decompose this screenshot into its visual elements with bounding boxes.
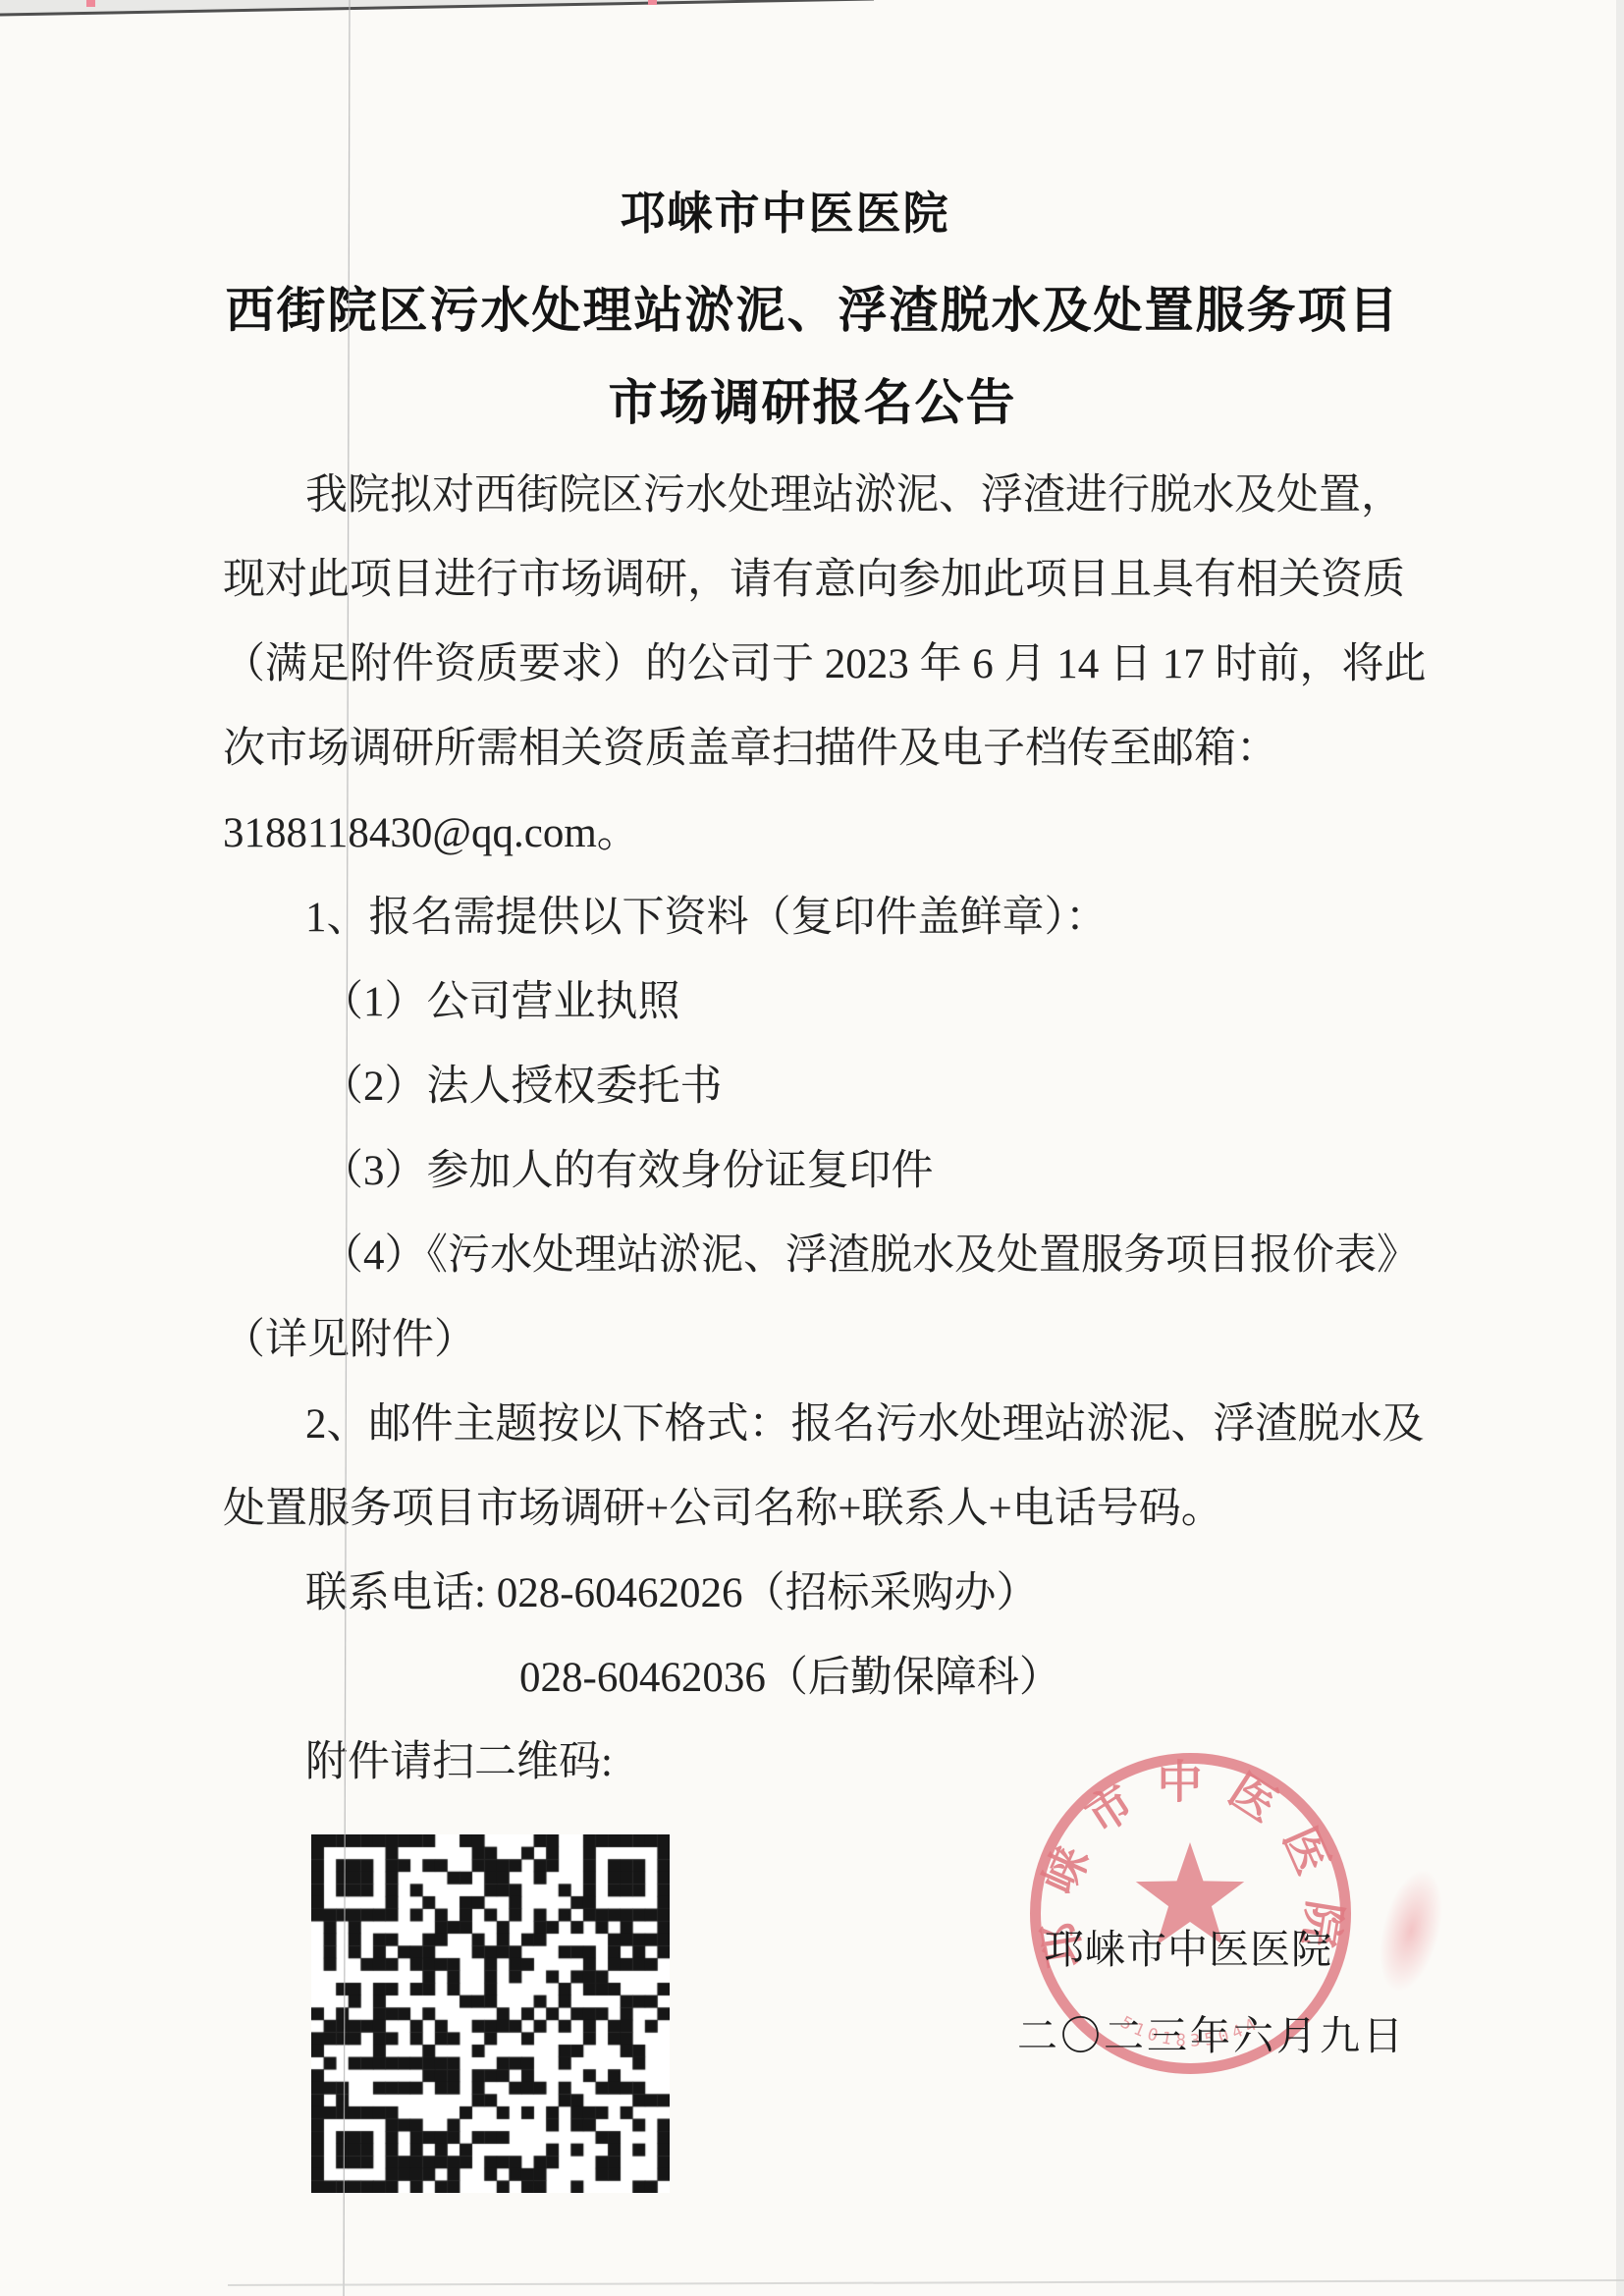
signature-date: 二〇二三年六月九日 xyxy=(1017,2003,1406,2061)
body-line-phone-2: 028-60462036（后勤保障科） xyxy=(223,1636,1440,1721)
body-line-item-4: （4）《污水处理站淤泥、浮渣脱水及处置服务项目报价表》 xyxy=(223,1214,1440,1298)
scan-right-edge-band xyxy=(1616,0,1624,2296)
body-line-1: 我院拟对西街院区污水处理站淤泥、浮渣进行脱水及处置， xyxy=(223,454,1440,538)
body-line-email-subject-1: 2、邮件主题按以下格式：报名污水处理站淤泥、浮渣脱水及 xyxy=(223,1383,1440,1467)
body-line-phone-1: 联系电话: 028-60462026（招标采购办） xyxy=(223,1552,1440,1636)
body-line-email: 3188118430@qq.com。 xyxy=(223,792,1440,876)
attachment-qr-code xyxy=(311,1834,670,2193)
document-title-hospital: 邛崃市中医医院 xyxy=(195,185,1375,244)
document-title-project: 西街院区污水处理站淤泥、浮渣脱水及处置服务项目 xyxy=(223,281,1402,340)
scanner-edge-wedge xyxy=(0,0,868,16)
scan-page-edge-line xyxy=(0,0,874,15)
document-title-announcement: 市场调研报名公告 xyxy=(223,373,1402,432)
body-line-2: 现对此项目进行市场调研，请有意向参加此项目且具有相关资质 xyxy=(223,538,1440,623)
body-line-attachment-note: （详见附件） xyxy=(223,1298,1440,1383)
body-line-item-2: （2）法人授权委托书 xyxy=(223,1045,1440,1129)
body-line-item-1: （1）公司营业执照 xyxy=(223,960,1440,1045)
body-line-item-3: （3）参加人的有效身份证复印件 xyxy=(223,1129,1440,1214)
red-edge-mark-left xyxy=(86,0,95,7)
body-line-email-subject-2: 处置服务项目市场调研+公司名称+联系人+电话号码。 xyxy=(223,1467,1440,1552)
body-line-4: 次市场调研所需相关资质盖章扫描件及电子档传至邮箱： xyxy=(223,707,1440,792)
scanned-document-page: 邛崃市中医医院 西街院区污水处理站淤泥、浮渣脱水及处置服务项目 市场调研报名公告… xyxy=(0,0,1624,2296)
seal-ink-smudge xyxy=(1368,1863,1453,1998)
document-body: 我院拟对西街院区污水处理站淤泥、浮渣进行脱水及处置， 现对此项目进行市场调研，请… xyxy=(223,454,1440,1805)
body-line-3: （满足附件资质要求）的公司于 2023 年 6 月 14 日 17 时前，将此 xyxy=(223,623,1440,707)
body-line-item-list-header: 1、报名需提供以下资料（复印件盖鲜章）： xyxy=(223,876,1440,960)
red-edge-mark-mid xyxy=(648,0,657,5)
scan-bottom-edge-line xyxy=(228,2280,1624,2285)
signature-hospital-name: 邛崃市中医医院 xyxy=(1044,1917,1332,1975)
